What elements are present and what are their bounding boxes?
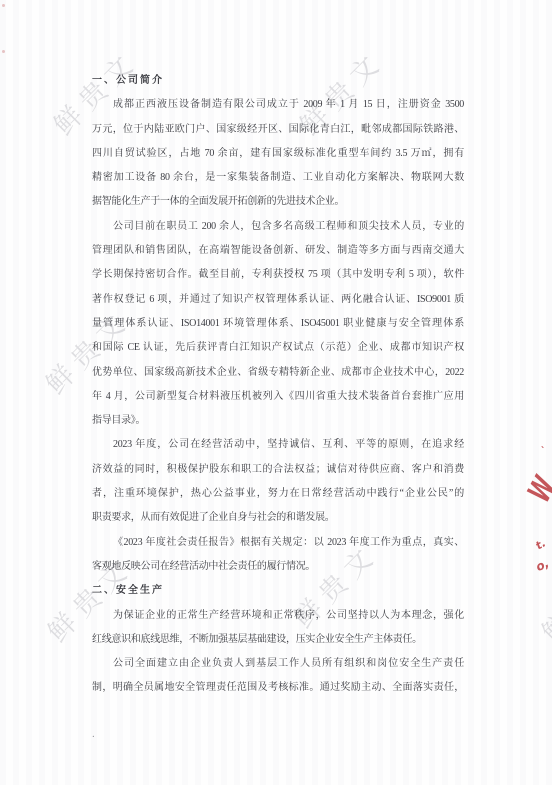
text-line: 公司全面建立由企业负责人到基层工作人员所有组织和岗位安全生产责任 [92, 652, 464, 676]
text-line: 制，明确全员属地安全管理责任范围及考核标准。通过奖励主动、全面落实责任， [92, 676, 464, 700]
section-heading: 二、安全生产 [92, 579, 464, 603]
text-line: 和国际 CE 认证，先后获评青白江知识产权试点（示范）企业、成都市知识产权 [92, 336, 464, 360]
section-heading: 一、公司简介 [92, 69, 464, 93]
text-line: 为保证企业的正常生产经营环境和正常秩序，公司坚持以人为本理念，强化 [92, 604, 464, 628]
text-line: 年 4 月，公司新型复合材料液压机被列入《四川省重大技术装备首台套推广应用 [92, 385, 464, 409]
text-line: 据智能化生产于一体的全面发展开拓创新的先进技术企业。 [92, 190, 464, 214]
stray-scan-dot: . [92, 728, 95, 740]
text-line: 量管理体系认证、ISO14001 环境管理体系、ISO45001 职业健康与安全… [92, 312, 464, 336]
text-line: 济效益的同时，积极保护股东和职工的合法权益；诚信对待供应商、客户和消费 [92, 458, 464, 482]
red-edge-speck [2, 50, 5, 53]
red-annotation-mark: ' [540, 445, 548, 453]
text-line: 职责要求，从而有效促进了企业自身与社会的和谐发展。 [92, 506, 464, 530]
text-line: 2023 年度，公司在经营活动中，坚持诚信、互利、平等的原则，在追求经 [92, 433, 464, 457]
text-line: 优势单位、国家级高新技术企业、省级专精特新企业、成都市企业技术中心，2022 [92, 361, 464, 385]
text-line: 学长期保持密切合作。截至目前，专利获授权 75 项（其中发明专利 5 项），软件 [92, 263, 464, 287]
text-line: 四川自贸试验区，占地 70 余亩，建有国家级标准化重型车间约 3.5 万㎡，拥有 [92, 142, 464, 166]
text-line: 指导目录》。 [92, 409, 464, 433]
text-line: 著作权登记 6 项，并通过了知识产权管理体系认证、两化融合认证、ISO9001 … [92, 288, 464, 312]
red-annotation-mark: t. [533, 537, 548, 553]
red-edge-speck [2, 4, 5, 7]
text-line: 成都正西液压设备制造有限公司成立于 2009 年 1 月 15 日，注册资金 3… [92, 93, 464, 117]
text-line: 精密加工设备 80 余台，是一家集装备制造、工业自动化方案解决、物联网大数 [92, 166, 464, 190]
document-page: 鲜贵文 鲜贵文 鲜贵文 鲜贵文 鲜贵文 鲜贵文 一、公司简介成都正西液压设备制造… [0, 0, 552, 785]
text-line: 管理团队和销售团队，在高端智能设备创新、研发、制造等多方面与西南交通大 [92, 239, 464, 263]
text-line: 者，注重环境保护，热心公益事业，努力在日常经营活动中践行“企业公民”的 [92, 482, 464, 506]
document-body: 一、公司简介成都正西液压设备制造有限公司成立于 2009 年 1 月 15 日，… [92, 69, 464, 701]
text-line: 万元，位于内陆亚欧门户、国家级经开区、国际化青白江，毗邻成都国际铁路港、 [92, 118, 464, 142]
text-line: 红线意识和底线思维，不断加强基层基础建设，压实企业安全生产主体责任。 [92, 628, 464, 652]
text-line: 公司目前在职员工 200 余人，包含多名高级工程师和顶尖技术人员，专业的 [92, 215, 464, 239]
text-line: 客观地反映公司在经营活动中社会责任的履行情况。 [92, 555, 464, 579]
text-line: 《2023 年度社会责任报告》根据有关规定：以 2023 年度工作为重点，真实、 [92, 531, 464, 555]
red-annotation-mark: W [519, 472, 552, 508]
red-annotation-mark: o, [534, 556, 552, 574]
